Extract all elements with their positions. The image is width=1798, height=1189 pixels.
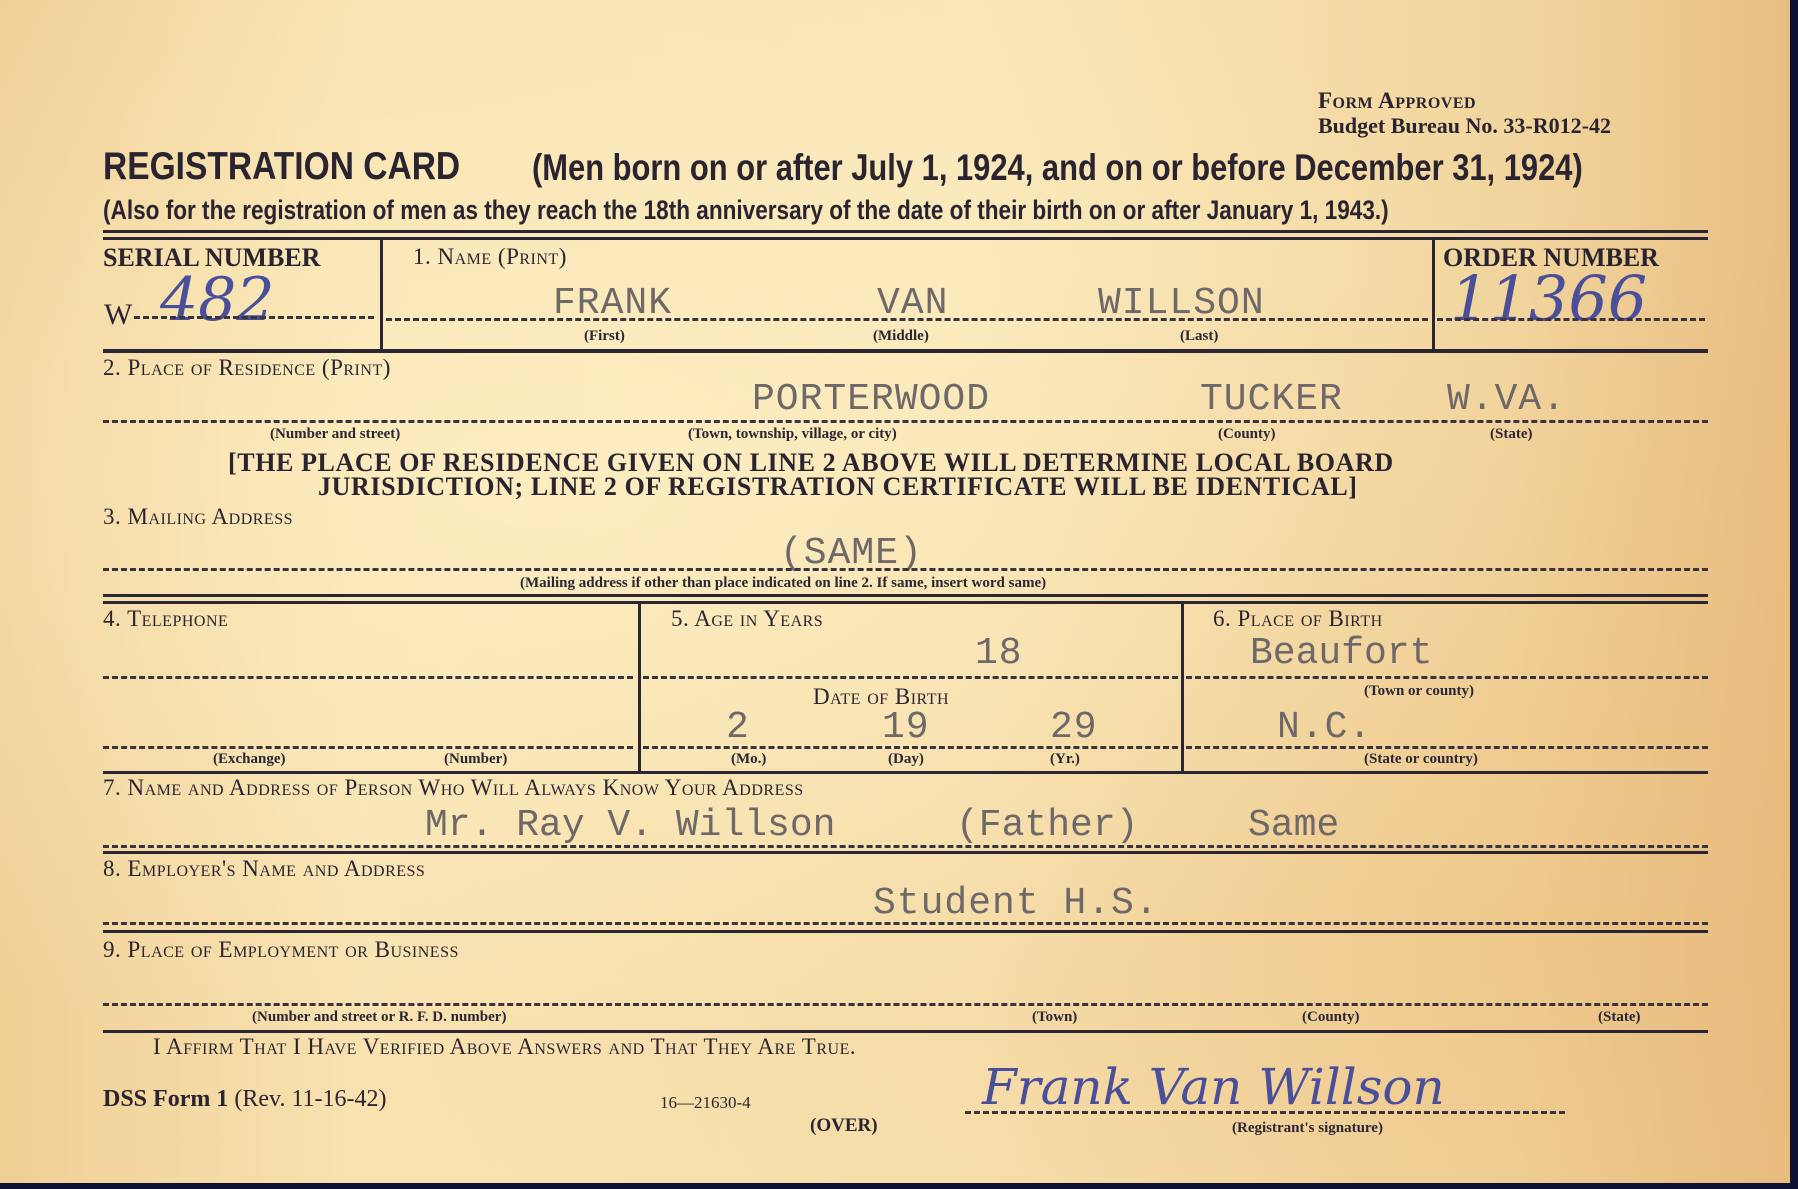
header-rule-bottom [103,237,1708,240]
contact-person-relation: (Father) [956,804,1138,847]
month-caption: (Mo.) [731,751,766,768]
serial-number-value: 482 [160,265,275,335]
mailing-label: 3. Mailing Address [103,504,293,530]
employment-street-caption: (Number and street or R. F. D. number) [252,1009,506,1026]
birthplace-state-value: N.C. [1277,706,1372,749]
telephone-line-2 [103,746,633,749]
telephone-label: 4. Telephone [103,606,228,632]
number-caption: (Number) [444,751,507,768]
form-approved-label: Form Approved [1318,88,1476,114]
serial-prefix: W [104,298,132,332]
town-caption: (Town, township, village, or city) [688,426,897,443]
form-id-label: DSS Form 1 [103,1086,228,1112]
last-caption: (Last) [1180,328,1218,345]
order-divider [1432,240,1435,350]
employment-town-caption: (Town) [1032,1009,1077,1026]
employer-line [103,922,1708,925]
print-code: 16—21630-4 [660,1093,751,1113]
dob-line [643,746,1178,749]
residence-line [103,420,1708,423]
contact-person-line [103,845,1708,848]
birthplace-town-line [1186,676,1708,679]
dob-month-value: 2 [726,706,750,749]
row1-rule [103,349,1708,353]
employment-place-line [103,1003,1708,1006]
serial-line [134,316,374,319]
over-label: (OVER) [810,1115,878,1137]
mailing-line [103,568,1708,571]
state-caption: (State) [1490,426,1532,443]
age-divider [1181,604,1184,772]
name-label: 1. Name (Print) [413,244,567,270]
contact-person-address: Same [1248,804,1339,847]
eligibility-text: (Men born on or after July 1, 1924, and … [532,147,1583,189]
form-revision: (Rev. 11-16-42) [234,1086,386,1112]
order-number-value: 11366 [1450,262,1647,335]
birthplace-town-value: Beaufort [1250,632,1432,675]
telephone-line-1 [103,676,633,679]
registrant-signature: Frank Van Willson [982,1058,1445,1116]
residence-label: 2. Place of Residence (Print) [103,355,391,381]
mailing-caption: (Mailing address if other than place ind… [520,575,1046,592]
form-id: DSS Form 1 (Rev. 11-16-42) [103,1086,387,1113]
age-label: 5. Age in Years [671,606,823,632]
contact-person-label: 7. Name and Address of Person Who Will A… [103,775,804,801]
header-rule-top [103,230,1708,233]
birthplace-label: 6. Place of Birth [1213,606,1383,632]
subtitle-text: (Also for the registration of men as the… [103,195,1389,226]
street-caption: (Number and street) [270,426,400,443]
row7-rule [103,851,1708,854]
order-line [1437,318,1705,321]
signature-line [965,1111,1565,1114]
age-line [643,676,1178,679]
mailing-rule-top [103,594,1708,597]
name-line [386,318,1428,321]
exchange-caption: (Exchange) [213,751,286,768]
residence-state-value: W.VA. [1447,378,1566,421]
row9-rule [103,1030,1708,1033]
employment-state-caption: (State) [1598,1009,1640,1026]
row8-rule [103,930,1708,933]
signature-caption: (Registrant's signature) [1232,1120,1383,1137]
employment-place-label: 9. Place of Employment or Business [103,937,459,963]
card-title: REGISTRATION CARD [103,145,460,189]
county-caption: (County) [1218,426,1276,443]
dob-day-value: 19 [882,706,930,749]
row456-rule [103,771,1708,774]
contact-person-name: Mr. Ray V. Willson [425,804,835,847]
telephone-divider [638,604,641,772]
state-or-country-caption: (State or country) [1364,751,1478,768]
serial-divider [380,240,383,350]
age-value: 18 [975,632,1023,675]
employment-county-caption: (County) [1302,1009,1360,1026]
employer-label: 8. Employer's Name and Address [103,856,425,882]
dob-year-value: 29 [1050,706,1098,749]
birthplace-state-line [1186,746,1708,749]
day-caption: (Day) [888,751,924,768]
residence-county-value: TUCKER [1200,378,1343,421]
registration-card: Form Approved Budget Bureau No. 33-R012-… [0,0,1790,1183]
town-or-county-caption: (Town or county) [1364,683,1474,700]
middle-caption: (Middle) [873,328,929,345]
residence-town-value: PORTERWOOD [752,378,990,421]
employer-value: Student H.S. [873,882,1159,925]
mailing-rule-bottom [103,601,1708,604]
affirmation-text: I Affirm That I Have Verified Above Answ… [153,1034,856,1060]
residence-notice-line2: JURISDICTION; LINE 2 OF REGISTRATION CER… [318,472,1358,502]
first-caption: (First) [584,328,625,345]
budget-bureau-number: Budget Bureau No. 33-R012-42 [1318,113,1611,139]
year-caption: (Yr.) [1050,751,1080,768]
